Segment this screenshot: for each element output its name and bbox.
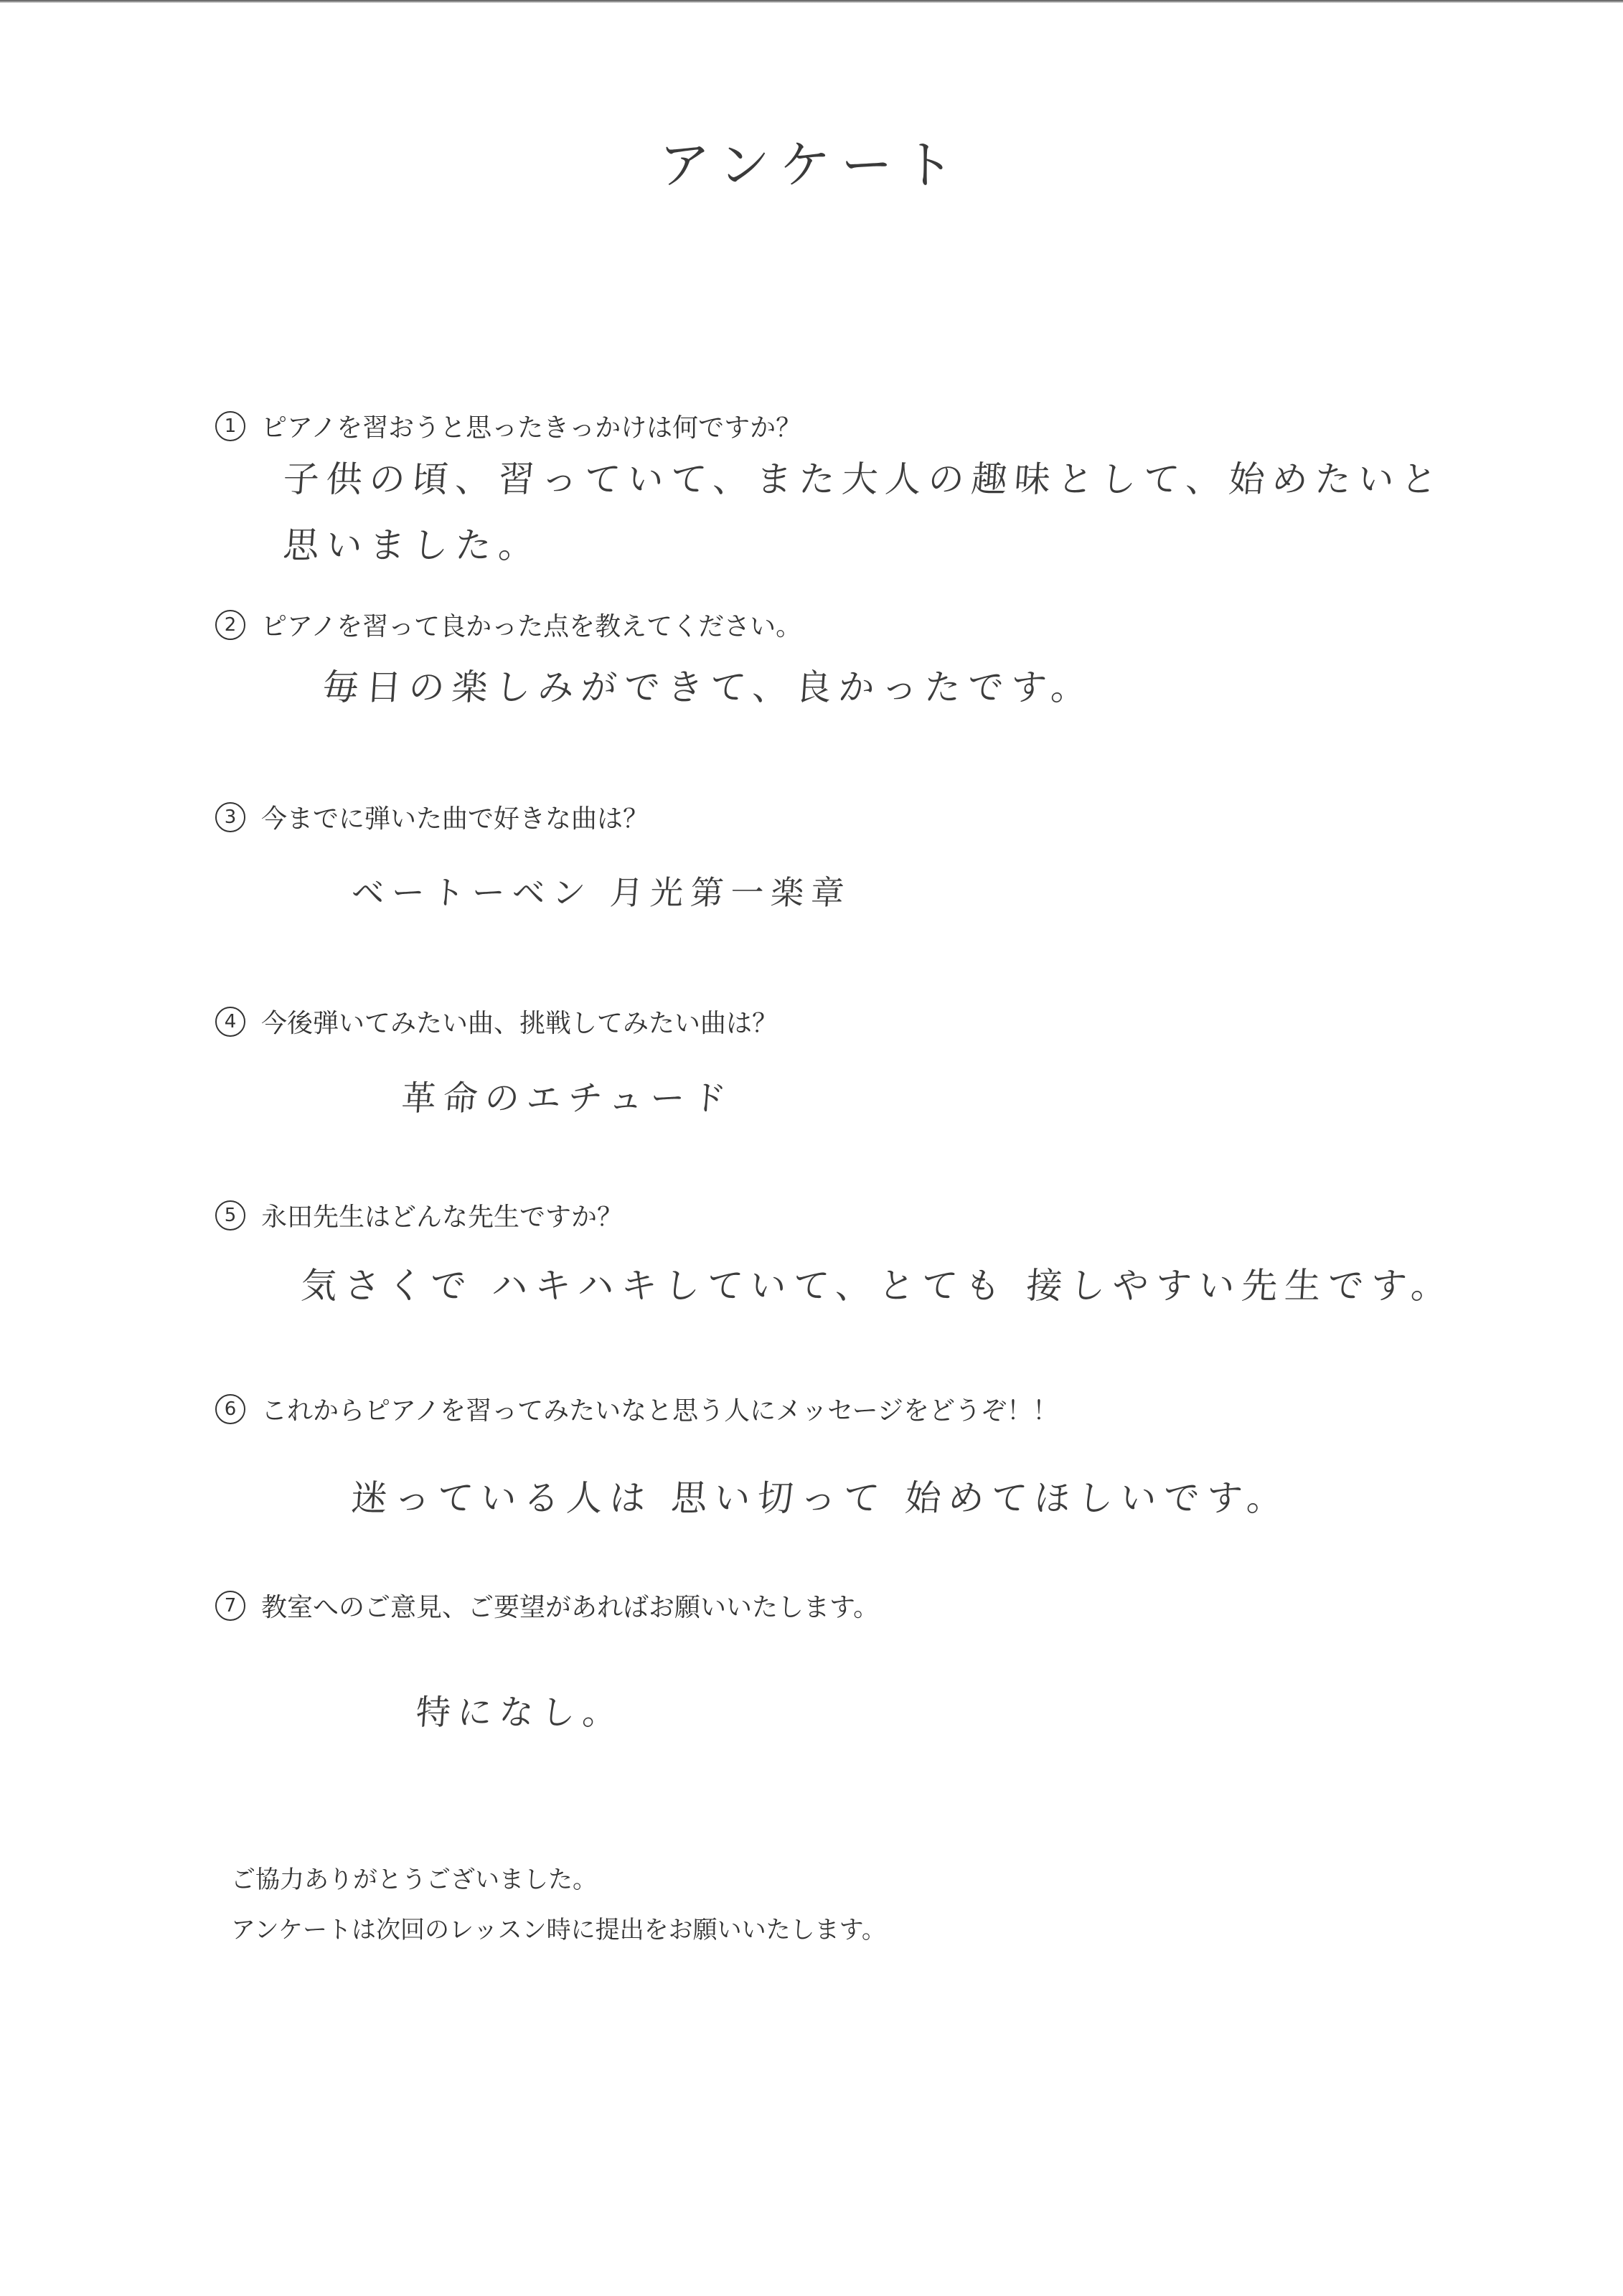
question-number-badge: 2 (215, 610, 245, 640)
question-number-badge: 6 (215, 1394, 245, 1424)
answer-2: 毎日の楽しみができて、良かったです。 (321, 659, 1096, 710)
answer-7: 特になし。 (415, 1685, 626, 1734)
question-number-badge: 3 (215, 802, 245, 832)
page-title: アンケート (0, 123, 1623, 198)
answer-1-line-2: 思いました。 (281, 517, 543, 568)
question-number-badge: 5 (215, 1200, 245, 1231)
question-number-badge: 7 (215, 1591, 245, 1621)
question-text: ピアノを習って良かった点を教えてください。 (261, 606, 801, 643)
footer-instruction: アンケートは次回のレッスン時に提出をお願いいたします。 (231, 1910, 886, 1945)
answer-3: ベートーベン 月光第一楽章 (350, 867, 853, 914)
question-text: ピアノを習おうと思ったきっかけは何ですか？ (261, 408, 801, 444)
question-4: 4 今後弾いてみたい曲、挑戦してみたい曲は？ (215, 1003, 778, 1040)
question-text: 今後弾いてみたい曲、挑戦してみたい曲は？ (261, 1003, 778, 1040)
scan-border (0, 0, 1623, 3)
question-text: 教室へのご意見、ご要望があればお願いいたします。 (261, 1587, 879, 1624)
question-7: 7 教室へのご意見、ご要望があればお願いいたします。 (215, 1587, 879, 1624)
question-1: 1 ピアノを習おうと思ったきっかけは何ですか？ (215, 408, 801, 444)
answer-4: 革命のエチュード (400, 1071, 735, 1120)
answer-1-line-1: 子供の頃、習っていて、また大人の趣味として、始めたいと (281, 451, 1446, 502)
question-text: 永田先生はどんな先生ですか？ (261, 1197, 623, 1233)
question-6: 6 これからピアノを習ってみたいなと思う人にメッセージをどうぞ！！ (215, 1391, 1058, 1427)
question-text: これからピアノを習ってみたいなと思う人にメッセージをどうぞ！！ (261, 1391, 1058, 1427)
question-5: 5 永田先生はどんな先生ですか？ (215, 1197, 623, 1233)
question-text: 今までに弾いた曲で好きな曲は？ (261, 799, 649, 835)
question-number-badge: 1 (215, 411, 245, 441)
question-3: 3 今までに弾いた曲で好きな曲は？ (215, 799, 649, 835)
question-number-badge: 4 (215, 1007, 245, 1037)
answer-6: 迷っている人は 思い切って 始めてほしいです。 (349, 1469, 1292, 1521)
question-2: 2 ピアノを習って良かった点を教えてください。 (215, 606, 801, 643)
footer-thanks: ご協力ありがとうございました。 (231, 1860, 597, 1895)
answer-5: 気さくで ハキハキしていて、とても 接しやすい先生です。 (299, 1257, 1456, 1309)
